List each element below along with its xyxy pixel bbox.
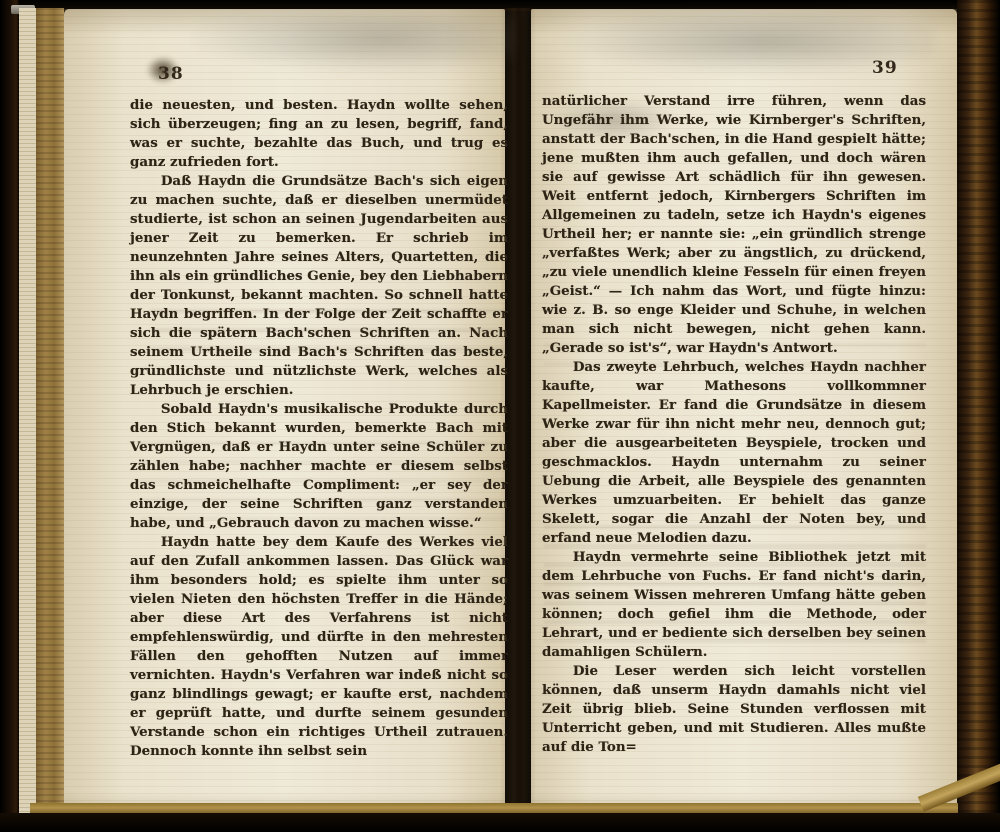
paragraph: Haydn vermehrte seine Bibliothek jetzt m…: [542, 548, 926, 662]
page-number-right: 39: [872, 58, 898, 78]
paragraph: Die Leser werden sich leicht vorstellen …: [542, 662, 926, 757]
book-cover-right: [957, 0, 1000, 832]
page-edges-left: [19, 8, 36, 816]
paragraph: Sobald Haydn's musikalische Produkte dur…: [130, 400, 508, 533]
page-number-left: 38: [158, 64, 184, 84]
paragraph: natürlicher Verstand irre führen, wenn d…: [542, 92, 926, 358]
book-cover-left: [0, 0, 19, 832]
left-page-text: die neuesten, und besten. Haydn wollte s…: [130, 96, 508, 761]
book-spread-photo: 38 39 die neuesten, und besten. Haydn wo…: [0, 0, 1000, 832]
background-bottom-edge: [0, 813, 1000, 832]
page-edge-tan-band: [36, 8, 64, 814]
paragraph: Haydn hatte bey dem Kaufe des Werkes vie…: [130, 533, 508, 761]
paragraph: die neuesten, und besten. Haydn wollte s…: [130, 96, 508, 172]
right-page-text: natürlicher Verstand irre führen, wenn d…: [542, 92, 926, 757]
paragraph: Das zweyte Lehrbuch, welches Haydn nachh…: [542, 358, 926, 548]
paragraph: Daß Haydn die Grundsätze Bach's sich eig…: [130, 172, 508, 400]
